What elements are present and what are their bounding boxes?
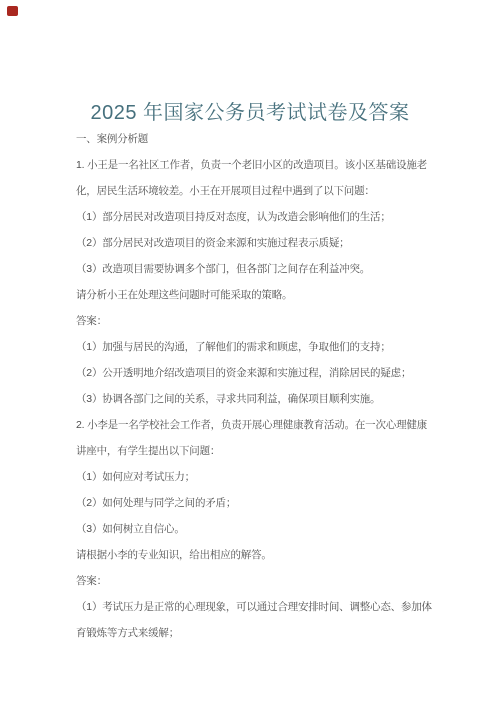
document-page: 2025 年国家公务员考试试卷及答案 一、案例分析题1. 小王是一名社区工作者，… (0, 0, 500, 707)
text-line: （2）公开透明地介绍改造项目的资金来源和实施过程，消除居民的疑虑； (76, 360, 436, 386)
text-line: （1）部分居民对改造项目持反对态度，认为改造会影响他们的生活； (76, 204, 436, 230)
text-line: （1）如何应对考试压力； (76, 464, 436, 490)
text-line: （1）加强与居民的沟通，了解他们的需求和顾虑，争取他们的支持； (76, 334, 436, 360)
text-line: 2. 小李是一名学校社会工作者，负责开展心理健康教育活动。在一次心理健康 (76, 412, 436, 438)
text-line: 育锻炼等方式来缓解； (76, 620, 436, 646)
text-line: （3）协调各部门之间的关系，寻求共同利益，确保项目顺利实施。 (76, 386, 436, 412)
text-line: 一、案例分析题 (76, 126, 436, 152)
text-line: （2）部分居民对改造项目的资金来源和实施过程表示质疑； (76, 230, 436, 256)
text-line: 请根据小李的专业知识，给出相应的解答。 (76, 542, 436, 568)
text-line: （1）考试压力是正常的心理现象，可以通过合理安排时间、调整心态、参加体 (76, 594, 436, 620)
text-line: 化，居民生活环境较差。小王在开展项目过程中遇到了以下问题： (76, 178, 436, 204)
text-line: （2）如何处理与同学之间的矛盾； (76, 490, 436, 516)
text-line: （3）改造项目需要协调多个部门，但各部门之间存在利益冲突。 (76, 256, 436, 282)
text-line: 讲座中，有学生提出以下问题： (76, 438, 436, 464)
text-line: 请分析小王在处理这些问题时可能采取的策略。 (76, 282, 436, 308)
text-line: 答案： (76, 568, 436, 594)
document-title: 2025 年国家公务员考试试卷及答案 (0, 96, 500, 125)
document-body: 一、案例分析题1. 小王是一名社区工作者，负责一个老旧小区的改造项目。该小区基础… (76, 126, 436, 646)
text-line: （3）如何树立自信心。 (76, 516, 436, 542)
corner-mark (7, 6, 18, 16)
text-line: 1. 小王是一名社区工作者，负责一个老旧小区的改造项目。该小区基础设施老 (76, 152, 436, 178)
text-line: 答案： (76, 308, 436, 334)
